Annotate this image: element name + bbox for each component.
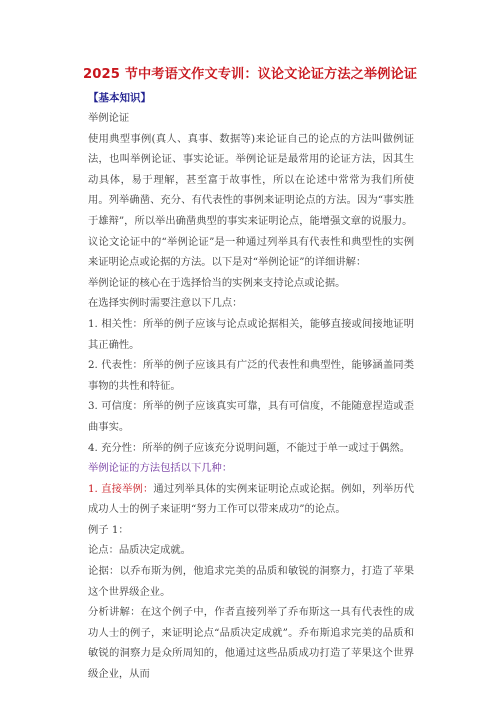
paragraph: 举例论证的核心在于选择恰当的实例来支持论点或论据。 — [88, 273, 414, 294]
document-page: 2025 节中考语文作文专训：议论文论证方法之举例论证 【基本知识】 举例论证 … — [0, 0, 500, 707]
example-label: 例子 1： — [88, 520, 414, 541]
method-direct-example: 1. 直接举例：通过列举具体的实例来证明论点或论据。例如，列举历代成功人士的例子… — [88, 479, 414, 520]
list-item-representativeness: 2. 代表性：所举的例子应该具有广泛的代表性和典型性，能够涵盖同类事物的共性和特… — [88, 355, 414, 396]
method-label: 1. 直接举例： — [88, 483, 153, 495]
list-item-sufficiency: 4. 充分性：所举的例子应该充分说明问题，不能过于单一或过于偶然。 — [88, 438, 414, 459]
list-item-relevance: 1. 相关性：所举的例子应该与论点或论据相关，能够直接或间接地证明其正确性。 — [88, 314, 414, 355]
methods-heading: 举例论证的方法包括以下几种： — [88, 458, 414, 479]
subheading-paragraph: 举例论证 — [88, 108, 414, 129]
document-title: 2025 节中考语文作文专训：议论文论证方法之举例论证 — [0, 63, 500, 82]
paragraph: 在选择实例时需要注意以下几点： — [88, 293, 414, 314]
list-item-credibility: 3. 可信度：所举的例子应该真实可靠，具有可信度，不能随意捏造或歪曲事实。 — [88, 396, 414, 437]
paragraph: 议论文论证中的“举例论证”是一种通过列举具有代表性和典型性的实例来证明论点或论据… — [88, 232, 414, 273]
example-analysis: 分析讲解：在这个例子中，作者直接列举了乔布斯这一具有代表性的成功人士的例子，来证… — [88, 602, 414, 684]
example-thesis: 论点：品质决定成就。 — [88, 540, 414, 561]
paragraph: 使用典型事例(真人、真事、数据等)来论证自己的论点的方法叫做例证法，也叫举例论证… — [88, 129, 414, 232]
document-body: 举例论证 使用典型事例(真人、真事、数据等)来论证自己的论点的方法叫做例证法，也… — [88, 108, 414, 685]
example-evidence: 论据：以乔布斯为例，他追求完美的品质和敏锐的洞察力，打造了苹果这个世界级企业。 — [88, 561, 414, 602]
section-heading: 【基本知识】 — [88, 90, 151, 105]
